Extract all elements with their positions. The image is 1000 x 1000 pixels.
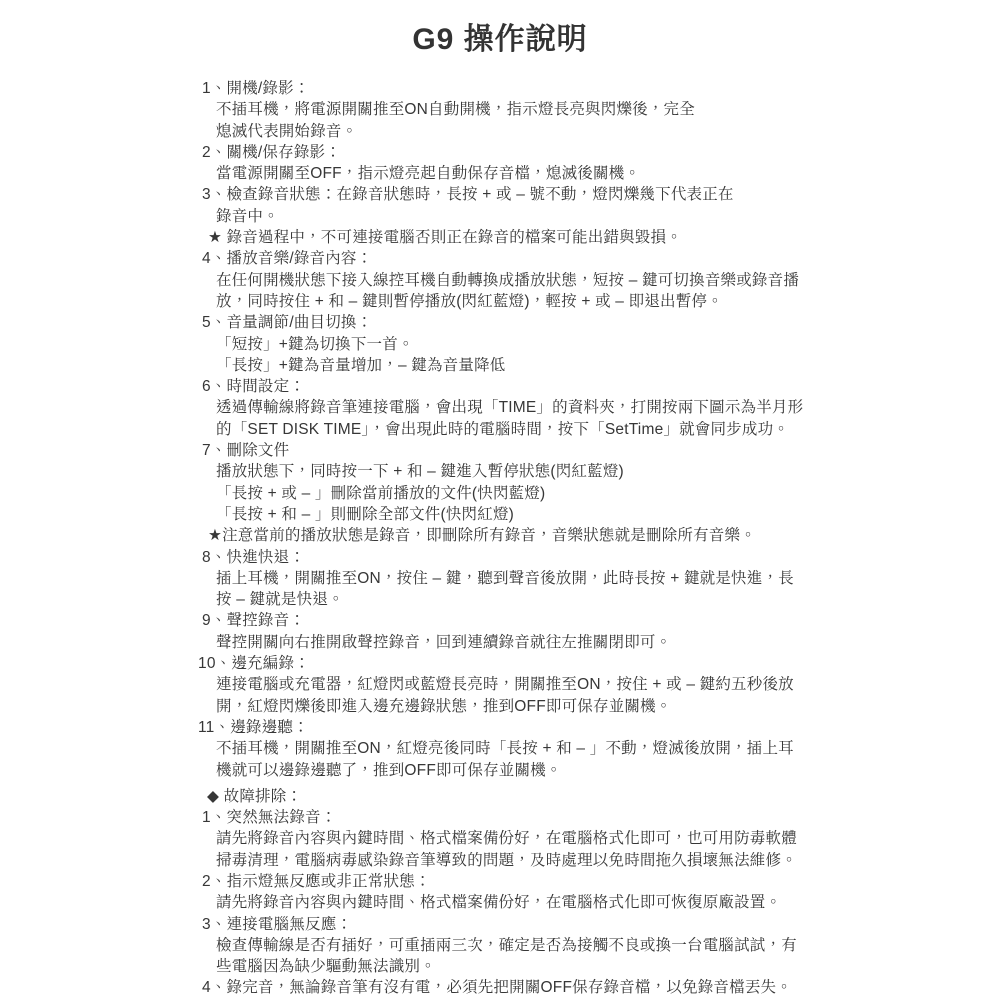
numbered-line: 10、邊充編錄： xyxy=(198,653,850,674)
section-header-line: ◆ 故障排除： xyxy=(202,786,850,807)
body-line: 熄滅代表開始錄音。 xyxy=(202,121,850,142)
page-title: G9 操作說明 xyxy=(0,0,1000,57)
numbered-line: 3、連接電腦無反應： xyxy=(202,914,850,935)
body-line: 「長按」+鍵為音量增加，– 鍵為音量降低 xyxy=(202,355,850,376)
body-line: 「長按 + 或 – 」刪除當前播放的文件(快閃藍燈) xyxy=(202,483,850,504)
instruction-document: G9 操作說明 1、開機/錄影：不插耳機，將電源開關推至ON自動開機，指示燈長亮… xyxy=(0,0,1000,1000)
numbered-line: 5、音量調節/曲目切換： xyxy=(202,312,850,333)
numbered-line: 1、開機/錄影： xyxy=(202,78,850,99)
numbered-line: 2、指示燈無反應或非正常狀態： xyxy=(202,871,850,892)
body-line: 連接電腦或充電器，紅燈閃或藍燈長亮時，開關推至ON，按住 + 或 – 鍵約五秒後… xyxy=(202,674,850,695)
numbered-line: 9、聲控錄音： xyxy=(202,610,850,631)
numbered-line: 6、時間設定： xyxy=(202,376,850,397)
body-line: 透過傳輸線將錄音筆連接電腦，會出現「TIME」的資料夾，打開按兩下圖示為半月形 xyxy=(202,397,850,418)
body-line: 請先將錄音內容與內鍵時間、格式檔案備份好，在電腦格式化即可，也可用防毒軟體 xyxy=(202,828,850,849)
body-line: 不插耳機，將電源開關推至ON自動開機，指示燈長亮與閃爍後，完全 xyxy=(202,99,850,120)
numbered-line: 2、關機/保存錄影： xyxy=(202,142,850,163)
body-line: 放，同時按住 + 和 – 鍵則暫停播放(閃紅藍燈)，輕按 + 或 – 即退出暫停… xyxy=(202,291,850,312)
body-line: 開，紅燈閃爍後即進入邊充邊錄狀態，推到OFF即可保存並關機。 xyxy=(202,696,850,717)
body-line: 插上耳機，開關推至ON，按住 – 鍵，聽到聲音後放開，此時長按 + 鍵就是快進，… xyxy=(202,568,850,589)
numbered-line: 7、刪除文件 xyxy=(202,440,850,461)
note-line: ★注意當前的播放狀態是錄音，即刪除所有錄音，音樂狀態就是刪除所有音樂。 xyxy=(202,525,850,546)
numbered-line: 4、播放音樂/錄音內容： xyxy=(202,248,850,269)
body-line: 請先將錄音內容與內鍵時間、格式檔案備份好，在電腦格式化即可恢復原廠設置。 xyxy=(202,892,850,913)
body-line: 在任何開機狀態下接入線控耳機自動轉換成播放狀態，短按 – 鍵可切換音樂或錄音播 xyxy=(202,270,850,291)
note-line: ★ 錄音過程中，不可連接電腦否則正在錄音的檔案可能出錯與毀損。 xyxy=(202,227,850,248)
numbered-line: 3、檢查錄音狀態：在錄音狀態時，長按 + 或 – 號不動，燈閃爍幾下代表正在 xyxy=(202,184,850,205)
body-line: 播放狀態下，同時按一下 + 和 – 鍵進入暫停狀態(閃紅藍燈) xyxy=(202,461,850,482)
body-line: 當電源開關至OFF，指示燈亮起自動保存音檔，熄滅後關機。 xyxy=(202,163,850,184)
body-line: 檢查傳輸線是否有插好，可重插兩三次，確定是否為接觸不良或換一台電腦試試，有 xyxy=(202,935,850,956)
body-line: 「長按 + 和 – 」則刪除全部文件(快閃紅燈) xyxy=(202,504,850,525)
body-line: 不插耳機，開關推至ON，紅燈亮後同時「長按 + 和 – 」不動，燈滅後放開，插上… xyxy=(202,738,850,759)
body-line: 聲控開關向右推開啟聲控錄音，回到連續錄音就往左推關閉即可。 xyxy=(202,632,850,653)
body-line: 「短按」+鍵為切換下一首。 xyxy=(202,334,850,355)
numbered-line: 1、突然無法錄音： xyxy=(202,807,850,828)
instruction-lines: 1、開機/錄影：不插耳機，將電源開關推至ON自動開機，指示燈長亮與閃爍後，完全熄… xyxy=(0,78,1000,999)
numbered-line: 11、邊錄邊聽： xyxy=(198,717,850,738)
body-line: 掃毒清理，電腦病毒感染錄音筆導致的問題，及時處理以免時間拖久損壞無法維修。 xyxy=(202,850,850,871)
numbered-line: 8、快進快退： xyxy=(202,547,850,568)
body-line: 按 – 鍵就是快退。 xyxy=(202,589,850,610)
numbered-line: 4、錄完音，無論錄音筆有沒有電，必須先把開關OFF保存錄音檔，以免錄音檔丟失。 xyxy=(202,977,850,998)
body-line: 的「SET DISK TIME」，會出現此時的電腦時間，按下「SetTime」就… xyxy=(202,419,850,440)
body-line: 些電腦因為缺少驅動無法識別。 xyxy=(202,956,850,977)
body-line: 錄音中。 xyxy=(202,206,850,227)
body-line: 機就可以邊錄邊聽了，推到OFF即可保存並關機。 xyxy=(202,760,850,781)
